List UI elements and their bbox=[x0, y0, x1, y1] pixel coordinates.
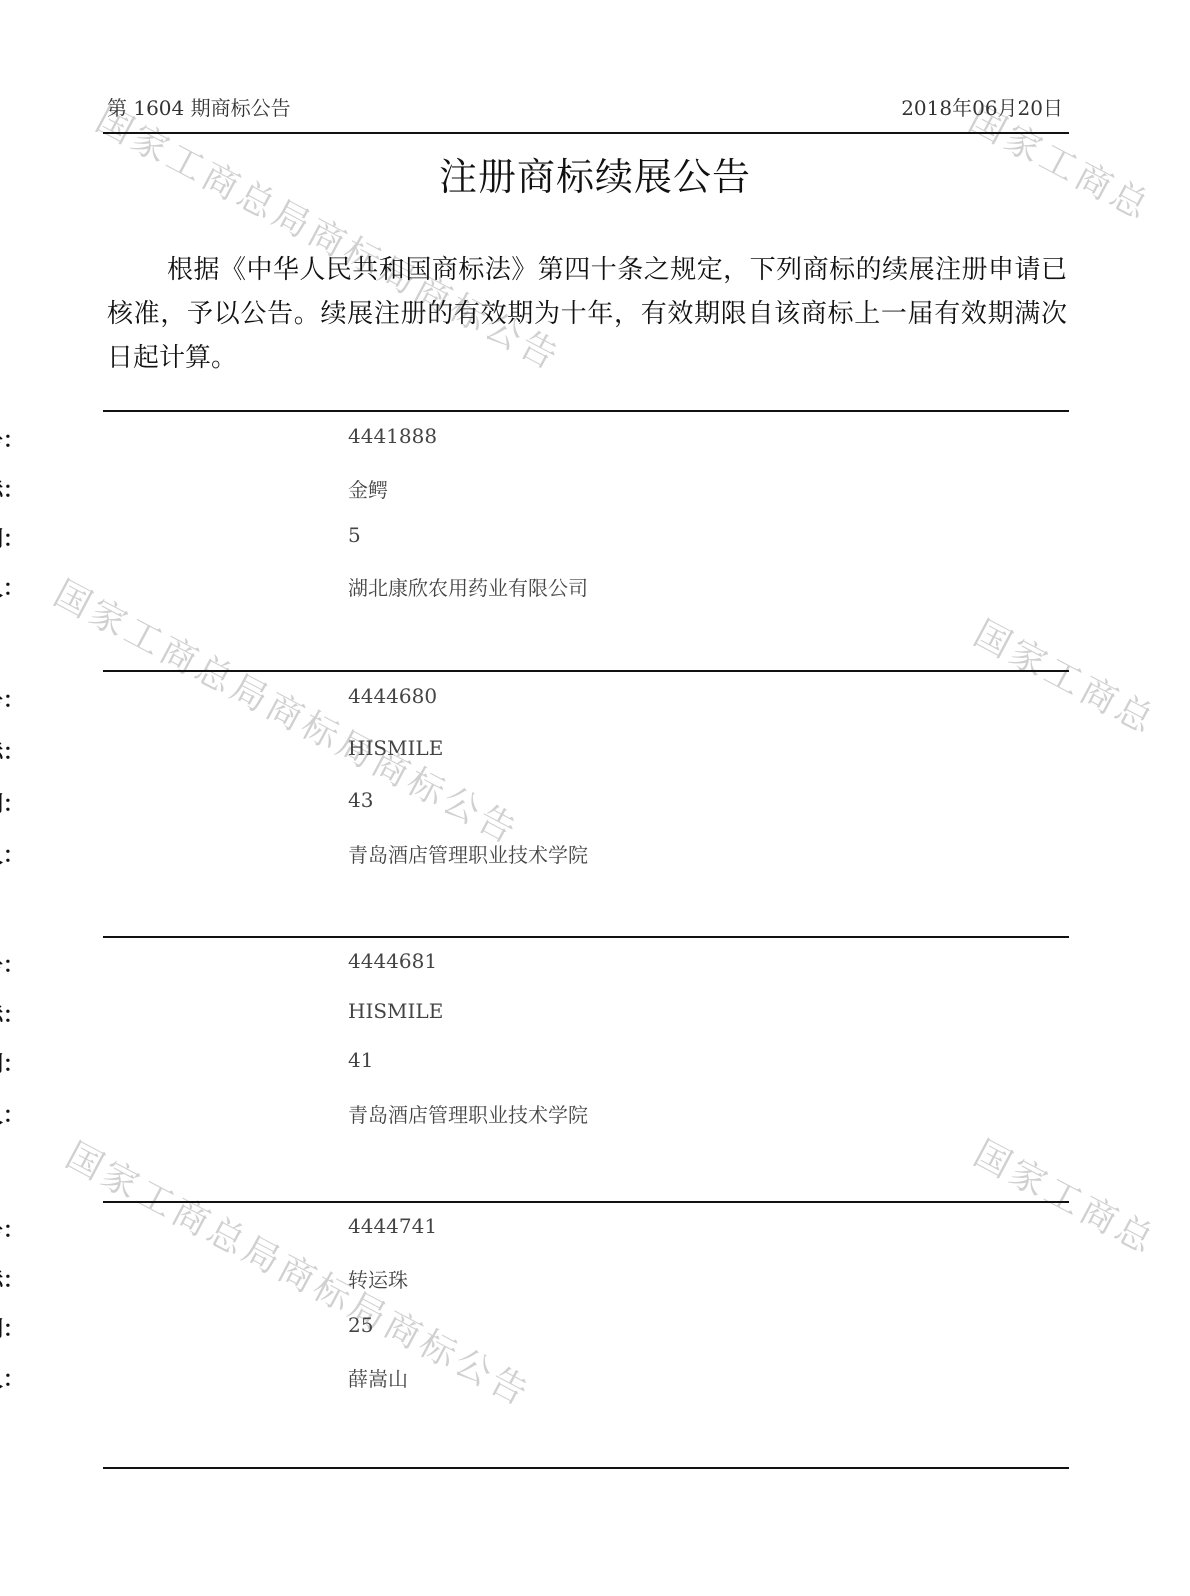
value-registrant: 青岛酒店管理职业技术学院 bbox=[348, 1099, 588, 1128]
value-mark: HISMILE bbox=[348, 736, 443, 760]
field-mark: 商标： 金鳄 bbox=[0, 474, 900, 510]
header-divider bbox=[103, 132, 1069, 134]
field-reg-no: 注册号： 4444680 bbox=[0, 684, 900, 720]
label-reg-no: 注册号： bbox=[0, 1214, 24, 1244]
label-mark: 商标： bbox=[0, 1264, 24, 1294]
value-mark: HISMILE bbox=[348, 999, 443, 1023]
value-mark: 转运珠 bbox=[348, 1264, 408, 1293]
record-divider bbox=[103, 410, 1069, 412]
value-class: 25 bbox=[348, 1313, 373, 1337]
field-class: 类别： 5 bbox=[0, 523, 900, 559]
page-header: 第 1604 期商标公告 2018年06月20日 bbox=[107, 92, 1063, 122]
watermark: 国家工商总 bbox=[966, 606, 1167, 745]
field-mark: 商标： HISMILE bbox=[0, 999, 900, 1035]
label-class: 类别： bbox=[0, 1313, 24, 1343]
value-mark: 金鳄 bbox=[348, 474, 388, 503]
value-class: 41 bbox=[348, 1048, 373, 1072]
label-registrant: 注册人： bbox=[0, 839, 24, 869]
value-reg-no: 4444680 bbox=[348, 684, 437, 708]
issue-number: 第 1604 期商标公告 bbox=[107, 92, 291, 121]
value-reg-no: 4444681 bbox=[348, 949, 437, 973]
value-registrant: 青岛酒店管理职业技术学院 bbox=[348, 839, 588, 868]
label-registrant: 注册人： bbox=[0, 572, 24, 602]
record-divider bbox=[103, 936, 1069, 938]
label-mark: 商标： bbox=[0, 736, 24, 766]
label-reg-no: 注册号： bbox=[0, 949, 24, 979]
watermark: 国家工商总 bbox=[966, 1126, 1167, 1265]
record-divider bbox=[103, 1201, 1069, 1203]
page-title: 注册商标续展公告 bbox=[0, 146, 1190, 201]
field-registrant: 注册人： 青岛酒店管理职业技术学院 bbox=[0, 839, 900, 875]
label-class: 类别： bbox=[0, 523, 24, 553]
field-registrant: 注册人： 湖北康欣农用药业有限公司 bbox=[0, 572, 900, 608]
label-reg-no: 注册号： bbox=[0, 424, 24, 454]
field-class: 类别： 41 bbox=[0, 1048, 900, 1084]
field-reg-no: 注册号： 4444741 bbox=[0, 1214, 900, 1250]
value-class: 5 bbox=[348, 523, 361, 547]
field-registrant: 注册人： 青岛酒店管理职业技术学院 bbox=[0, 1099, 900, 1135]
value-class: 43 bbox=[348, 788, 373, 812]
value-registrant: 湖北康欣农用药业有限公司 bbox=[348, 572, 588, 601]
value-reg-no: 4441888 bbox=[348, 424, 437, 448]
field-mark: 商标： 转运珠 bbox=[0, 1264, 900, 1300]
value-reg-no: 4444741 bbox=[348, 1214, 437, 1238]
label-class: 类别： bbox=[0, 788, 24, 818]
field-reg-no: 注册号： 4441888 bbox=[0, 424, 900, 460]
field-class: 类别： 43 bbox=[0, 788, 900, 824]
intro-paragraph: 根据《中华人民共和国商标法》第四十条之规定，下列商标的续展注册申请已核准，予以公… bbox=[107, 248, 1067, 380]
field-class: 类别： 25 bbox=[0, 1313, 900, 1349]
record-divider bbox=[103, 1467, 1069, 1469]
field-reg-no: 注册号： 4444681 bbox=[0, 949, 900, 985]
label-mark: 商标： bbox=[0, 999, 24, 1029]
publication-date: 2018年06月20日 bbox=[901, 92, 1063, 121]
label-reg-no: 注册号： bbox=[0, 684, 24, 714]
label-registrant: 注册人： bbox=[0, 1363, 24, 1393]
field-registrant: 注册人： 薛嵩山 bbox=[0, 1363, 900, 1399]
label-mark: 商标： bbox=[0, 474, 24, 504]
field-mark: 商标： HISMILE bbox=[0, 736, 900, 772]
record-divider bbox=[103, 670, 1069, 672]
label-registrant: 注册人： bbox=[0, 1099, 24, 1129]
value-registrant: 薛嵩山 bbox=[348, 1363, 408, 1392]
label-class: 类别： bbox=[0, 1048, 24, 1078]
